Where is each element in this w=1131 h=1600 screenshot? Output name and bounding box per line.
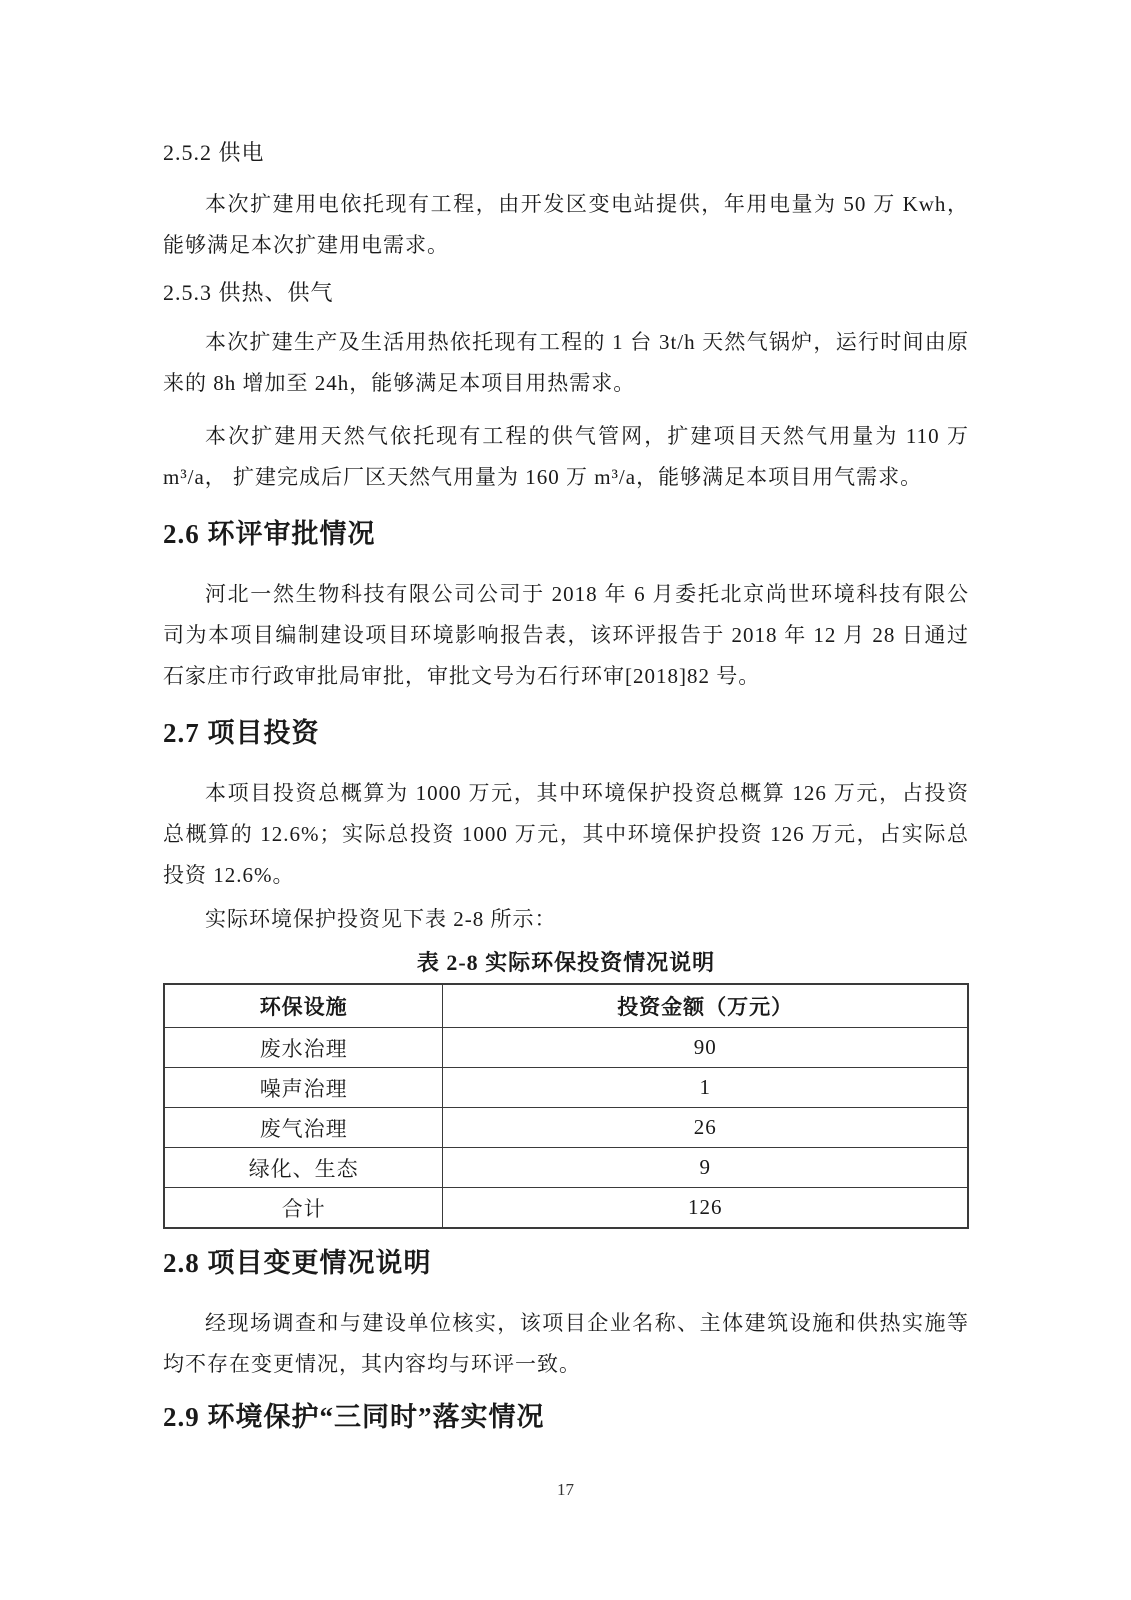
table-cell-facility: 噪声治理 bbox=[164, 1068, 443, 1108]
table-header-facility: 环保设施 bbox=[164, 984, 443, 1028]
table-cell-amount: 90 bbox=[443, 1028, 968, 1068]
investment-table: 环保设施 投资金额（万元） 废水治理 90 噪声治理 1 废气治理 26 bbox=[163, 983, 969, 1229]
table-cell-facility: 合计 bbox=[164, 1188, 443, 1229]
table-header-row: 环保设施 投资金额（万元） bbox=[164, 984, 968, 1028]
document-content: 2.5.2 供电 本次扩建用电依托现有工程，由开发区变电站提供，年用电量为 50… bbox=[163, 138, 969, 1435]
heading-2-7: 2.7 项目投资 bbox=[163, 715, 969, 751]
paragraph-eia-approval: 河北一然生物科技有限公司公司于 2018 年 6 月委托北京尚世环境科技有限公司… bbox=[163, 574, 969, 697]
page-number: 17 bbox=[0, 1480, 1131, 1500]
heading-2-6: 2.6 环评审批情况 bbox=[163, 516, 969, 552]
heading-2-5-3: 2.5.3 供热、供气 bbox=[163, 278, 969, 308]
investment-table-body: 废水治理 90 噪声治理 1 废气治理 26 绿化、生态 9 合计 126 bbox=[164, 1028, 968, 1229]
document-page: 2.5.2 供电 本次扩建用电依托现有工程，由开发区变电站提供，年用电量为 50… bbox=[0, 0, 1131, 1600]
table-header-amount: 投资金额（万元） bbox=[443, 984, 968, 1028]
heading-2-9: 2.9 环境保护“三同时”落实情况 bbox=[163, 1399, 969, 1435]
paragraph-table-lead: 实际环境保护投资见下表 2-8 所示： bbox=[163, 902, 969, 936]
table-row: 废水治理 90 bbox=[164, 1028, 968, 1068]
paragraph-power-supply: 本次扩建用电依托现有工程，由开发区变电站提供，年用电量为 50 万 Kwh，能够… bbox=[163, 184, 969, 266]
table-cell-amount: 26 bbox=[443, 1108, 968, 1148]
heading-2-5-2: 2.5.2 供电 bbox=[163, 138, 969, 168]
paragraph-gas-supply: 本次扩建用天然气依托现有工程的供气管网，扩建项目天然气用量为 110 万 m³/… bbox=[163, 416, 969, 498]
table-caption: 表 2-8 实际环保投资情况说明 bbox=[163, 946, 969, 977]
table-row: 绿化、生态 9 bbox=[164, 1148, 968, 1188]
table-row: 合计 126 bbox=[164, 1188, 968, 1229]
table-cell-facility: 废水治理 bbox=[164, 1028, 443, 1068]
table-cell-amount: 126 bbox=[443, 1188, 968, 1229]
paragraph-heat-supply: 本次扩建生产及生活用热依托现有工程的 1 台 3t/h 天然气锅炉，运行时间由原… bbox=[163, 322, 969, 404]
table-cell-facility: 废气治理 bbox=[164, 1108, 443, 1148]
table-row: 废气治理 26 bbox=[164, 1108, 968, 1148]
table-cell-amount: 1 bbox=[443, 1068, 968, 1108]
table-cell-facility: 绿化、生态 bbox=[164, 1148, 443, 1188]
table-cell-amount: 9 bbox=[443, 1148, 968, 1188]
table-row: 噪声治理 1 bbox=[164, 1068, 968, 1108]
paragraph-investment: 本项目投资总概算为 1000 万元，其中环境保护投资总概算 126 万元，占投资… bbox=[163, 773, 969, 896]
investment-table-head: 环保设施 投资金额（万元） bbox=[164, 984, 968, 1028]
paragraph-change-status: 经现场调查和与建设单位核实，该项目企业名称、主体建筑设施和供热实施等均不存在变更… bbox=[163, 1303, 969, 1385]
heading-2-8: 2.8 项目变更情况说明 bbox=[163, 1245, 969, 1281]
